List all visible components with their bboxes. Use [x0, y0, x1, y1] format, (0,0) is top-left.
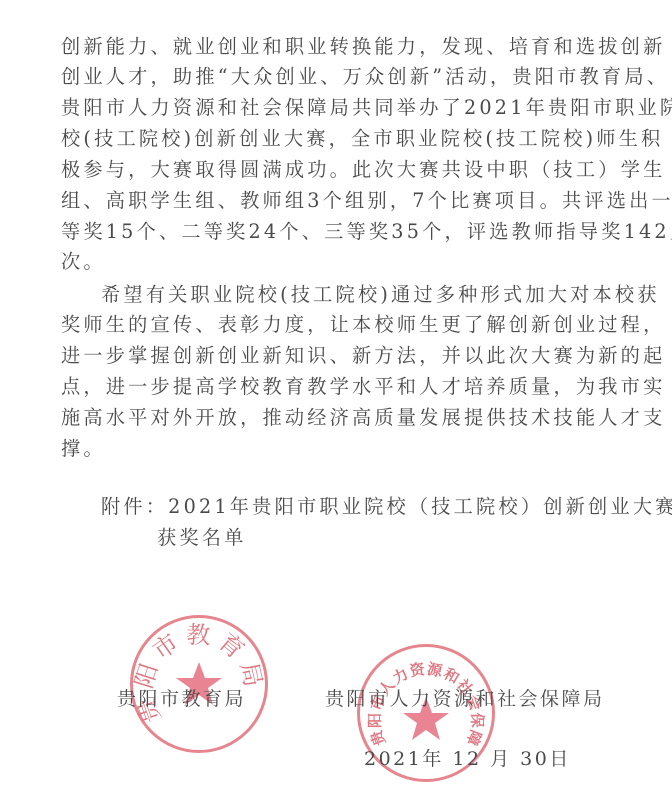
text-line: 施高水平对外开放，推动经济高质量发展提供技术技能人才支: [61, 405, 665, 431]
text-line: 组、高职学生组、教师组3个组别，7个比赛项目。共评选出一: [61, 188, 672, 214]
text-line: 创业人才，助推“大众创业、万众创新”活动，贵阳市教育局、: [61, 64, 669, 90]
text-line: 进一步掌握创新创业新知识、新方法，并以此次大赛为新的起: [61, 343, 665, 369]
text-line: 等奖15个、二等奖24个、三等奖35个，评选教师指导奖142人: [61, 219, 672, 245]
text-line: 贵阳市人力资源和社会保障局共同举办了2021年贵阳市职业院: [61, 95, 672, 121]
signature-hr-bureau: 贵阳市人力资源和社会保障局: [325, 684, 605, 711]
text-line: 创新能力、就业创业和职业转换能力，发现、培育和选拔创新: [61, 34, 665, 60]
text-line: 撑。: [61, 436, 106, 462]
attachment-line: 获奖名单: [157, 525, 247, 551]
text-line: 希望有关职业院校(技工院校)通过多种形式加大对本校获: [101, 282, 660, 308]
text-line: 次。: [61, 249, 106, 275]
issue-date: 2021年 12 月 30日: [364, 744, 571, 771]
text-line: 校(技工院校)创新创业大赛，全市职业院校(技工院校)师生积: [61, 126, 663, 152]
attachment-line: 附件：2021年贵阳市职业院校（技工院校）创新创业大赛: [101, 494, 672, 520]
signature-education-bureau: 贵阳市教育局: [117, 684, 246, 711]
text-line: 奖师生的宣传、表彰力度，让本校师生更了解创新创业过程，: [61, 312, 665, 338]
text-line: 点，进一步提高学校教育教学水平和人才培养质量，为我市实: [61, 374, 665, 400]
text-line: 极参与，大赛取得圆满成功。此次大赛共设中职（技工）学生: [61, 157, 665, 183]
